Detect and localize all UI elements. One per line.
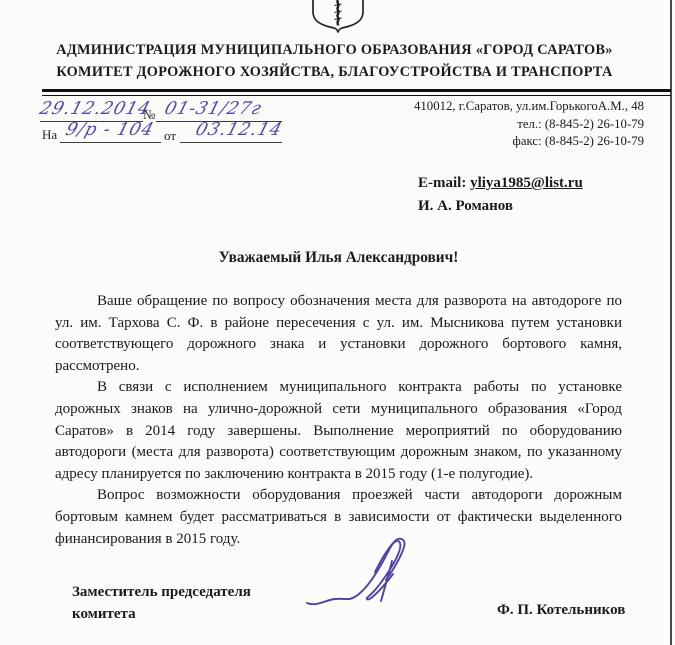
from-label: от xyxy=(164,128,176,144)
reference-block: 29.12.2014 № 01-31/27г На 9/р - 104 от 0… xyxy=(0,98,340,150)
ref-underline xyxy=(180,141,282,143)
recipient-email-line: E-mail: yliya1985@list.ru xyxy=(418,172,583,195)
letter-body: Ваше обращение по вопросу обозначения ме… xyxy=(55,291,622,550)
incoming-label: На xyxy=(42,127,57,143)
recipient-email: yliya1985@list.ru xyxy=(470,175,583,191)
contact-phone: тел.: (8-845-2) 26-10-79 xyxy=(414,116,644,134)
contact-address: 410012, г.Саратов, ул.им.ГорькогоА.М., 4… xyxy=(414,98,644,116)
outgoing-date-handwriting: 29.12.2014 xyxy=(37,99,153,119)
signature-name: Ф. П. Котельников xyxy=(497,602,625,619)
scanned-letter-page: АДМИНИСТРАЦИЯ МУНИЦИПАЛЬНОГО ОБРАЗОВАНИЯ… xyxy=(0,0,675,645)
scan-edge-line xyxy=(670,0,672,645)
recipient-name: И. А. Романов xyxy=(418,195,583,218)
incoming-date-handwriting: 03.12.14 xyxy=(193,120,285,140)
ref-underline xyxy=(60,141,161,143)
email-label: E-mail: xyxy=(418,175,466,191)
org-name-line-1: АДМИНИСТРАЦИЯ МУНИЦИПАЛЬНОГО ОБРАЗОВАНИЯ… xyxy=(30,40,639,62)
letter-paragraph: В связи с исполнением муниципального кон… xyxy=(55,377,622,485)
handwritten-signature-icon xyxy=(303,537,453,624)
recipient-block: E-mail: yliya1985@list.ru И. А. Романов xyxy=(418,172,583,217)
letter-paragraph: Ваше обращение по вопросу обозначения ме… xyxy=(55,291,622,377)
signature-title: Заместитель председателя комитета xyxy=(72,581,302,625)
header-double-rule xyxy=(42,89,671,96)
salutation: Уважаемый Илья Александрович! xyxy=(55,249,622,267)
saratov-coat-of-arms-icon xyxy=(309,0,367,38)
incoming-number-handwriting: 9/р - 104 xyxy=(63,120,156,140)
contact-block: 410012, г.Саратов, ул.им.ГорькогоА.М., 4… xyxy=(414,98,644,151)
org-name-line-2: КОМИТЕТ ДОРОЖНОГО ХОЗЯЙСТВА, БЛАГОУСТРОЙ… xyxy=(30,62,639,84)
outgoing-number-handwriting: 01-31/27г xyxy=(162,99,264,119)
contact-fax: факс: (8-845-2) 26-10-79 xyxy=(414,133,644,151)
